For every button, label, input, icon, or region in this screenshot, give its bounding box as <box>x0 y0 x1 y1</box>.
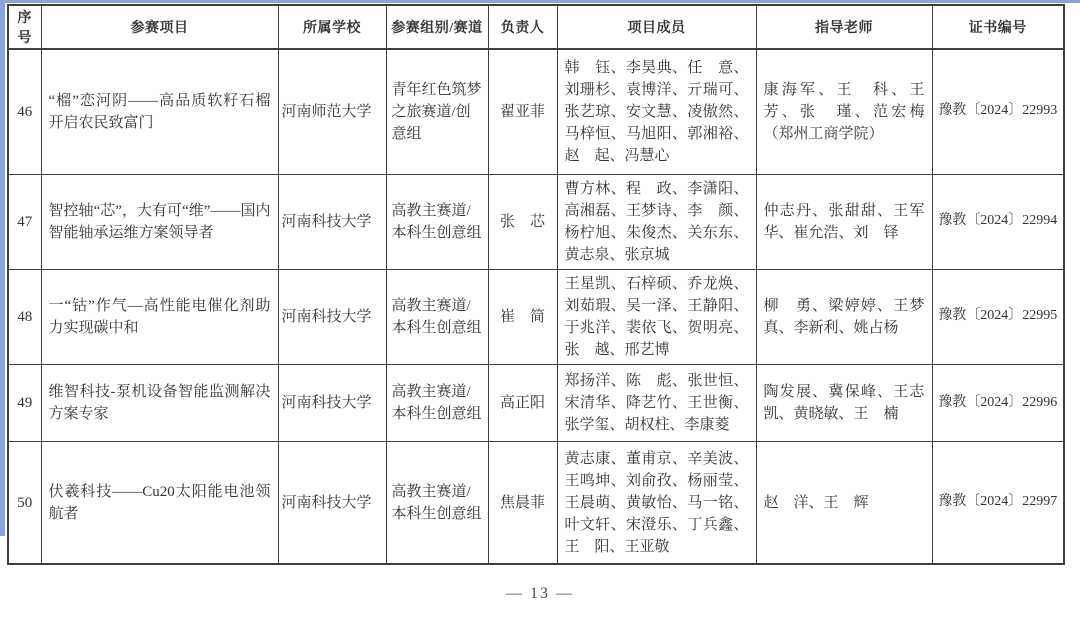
header-school: 所属学校 <box>278 5 386 49</box>
header-track: 参赛组别/赛道 <box>386 5 488 49</box>
cell-no: 46 <box>8 49 41 174</box>
cell-track: 青年红色筑梦 之旅赛道/创 意组 <box>386 49 488 174</box>
cell-advisors: 赵 洋、王 辉 <box>756 441 932 564</box>
table-row: 48一“钴”作气—高性能电催化剂助力实现碳中和河南科技大学高教主赛道/ 本科生创… <box>8 269 1064 364</box>
cell-cert: 豫教〔2024〕22996 <box>932 364 1064 441</box>
cell-leader: 高正阳 <box>488 364 557 441</box>
cell-no: 47 <box>8 174 41 269</box>
cell-members: 韩 钰、李昊典、任 意、刘珊杉、袁博洋、亓瑞可、张艺琼、安文慧、凌傲然、马梓恒、… <box>557 49 756 174</box>
cell-cert: 豫教〔2024〕22994 <box>932 174 1064 269</box>
cell-project: 智控轴“芯”，大有可“维”——国内智能轴承运维方案领导者 <box>41 174 278 269</box>
cell-members: 郑扬洋、陈 彪、张世恒、宋清华、降艺竹、王世衡、张学玺、胡权柱、李康菱 <box>557 364 756 441</box>
cell-school: 河南师范大学 <box>278 49 386 174</box>
table-row: 47智控轴“芯”，大有可“维”——国内智能轴承运维方案领导者河南科技大学高教主赛… <box>8 174 1064 269</box>
table-row: 49维智科技-泵机设备智能监测解决方案专家河南科技大学高教主赛道/ 本科生创意组… <box>8 364 1064 441</box>
cell-advisors: 陶发展、冀保峰、王志凯、黄晓敏、王 楠 <box>756 364 932 441</box>
table-header-row: 序号 参赛项目 所属学校 参赛组别/赛道 负责人 项目成员 指导老师 证书编号 <box>8 5 1064 49</box>
award-table: 序号 参赛项目 所属学校 参赛组别/赛道 负责人 项目成员 指导老师 证书编号 … <box>7 4 1065 565</box>
header-project: 参赛项目 <box>41 5 278 49</box>
cell-leader: 张 芯 <box>488 174 557 269</box>
cell-leader: 崔 简 <box>488 269 557 364</box>
table-body: 46“榴”恋河阴——高品质软籽石榴开启农民致富门河南师范大学青年红色筑梦 之旅赛… <box>8 49 1064 564</box>
header-leader: 负责人 <box>488 5 557 49</box>
table-row: 50伏羲科技——Cu20太阳能电池领航者河南科技大学高教主赛道/ 本科生创意组焦… <box>8 441 1064 564</box>
cell-members: 王星凯、石梓硕、乔龙焕、刘茹瑕、吴一泽、王静阳、于兆洋、裴依飞、贺明亮、张 越、… <box>557 269 756 364</box>
cell-advisors: 康海军、王 科、王 芳、张 瑾、范宏梅（郑州工商学院） <box>756 49 932 174</box>
cell-school: 河南科技大学 <box>278 364 386 441</box>
table-row: 46“榴”恋河阴——高品质软籽石榴开启农民致富门河南师范大学青年红色筑梦 之旅赛… <box>8 49 1064 174</box>
cell-project: 维智科技-泵机设备智能监测解决方案专家 <box>41 364 278 441</box>
cell-track: 高教主赛道/ 本科生创意组 <box>386 441 488 564</box>
cell-leader: 翟亚菲 <box>488 49 557 174</box>
cell-cert: 豫教〔2024〕22993 <box>932 49 1064 174</box>
cell-cert: 豫教〔2024〕22997 <box>932 441 1064 564</box>
cell-school: 河南科技大学 <box>278 269 386 364</box>
cell-project: “榴”恋河阴——高品质软籽石榴开启农民致富门 <box>41 49 278 174</box>
cell-track: 高教主赛道/ 本科生创意组 <box>386 174 488 269</box>
cell-leader: 焦晨菲 <box>488 441 557 564</box>
header-no: 序号 <box>8 5 41 49</box>
cell-project: 一“钴”作气—高性能电催化剂助力实现碳中和 <box>41 269 278 364</box>
header-members: 项目成员 <box>557 5 756 49</box>
screenshot-edge-top <box>0 0 1080 3</box>
cell-advisors: 仲志丹、张甜甜、王军华、崔允浩、刘 铎 <box>756 174 932 269</box>
cell-members: 黄志康、董甫京、辛美波、王鸣坤、刘俞孜、杨丽莹、王晨萌、黄敏怡、马一铭、叶文轩、… <box>557 441 756 564</box>
cell-members: 曹方林、程 政、李潇阳、高湘磊、王梦诗、李 颜、杨柠旭、朱俊杰、关东东、黄志泉、… <box>557 174 756 269</box>
cell-advisors: 柳 勇、梁婷婷、王梦真、李新利、姚占杨 <box>756 269 932 364</box>
header-advisors: 指导老师 <box>756 5 932 49</box>
cell-no: 49 <box>8 364 41 441</box>
screenshot-edge-left <box>0 0 5 536</box>
cell-track: 高教主赛道/ 本科生创意组 <box>386 269 488 364</box>
page-number: — 13 — <box>0 585 1080 603</box>
cell-no: 48 <box>8 269 41 364</box>
header-cert: 证书编号 <box>932 5 1064 49</box>
cell-cert: 豫教〔2024〕22995 <box>932 269 1064 364</box>
cell-school: 河南科技大学 <box>278 441 386 564</box>
cell-project: 伏羲科技——Cu20太阳能电池领航者 <box>41 441 278 564</box>
award-table-container: 序号 参赛项目 所属学校 参赛组别/赛道 负责人 项目成员 指导老师 证书编号 … <box>7 4 1065 565</box>
cell-no: 50 <box>8 441 41 564</box>
cell-track: 高教主赛道/ 本科生创意组 <box>386 364 488 441</box>
cell-school: 河南科技大学 <box>278 174 386 269</box>
